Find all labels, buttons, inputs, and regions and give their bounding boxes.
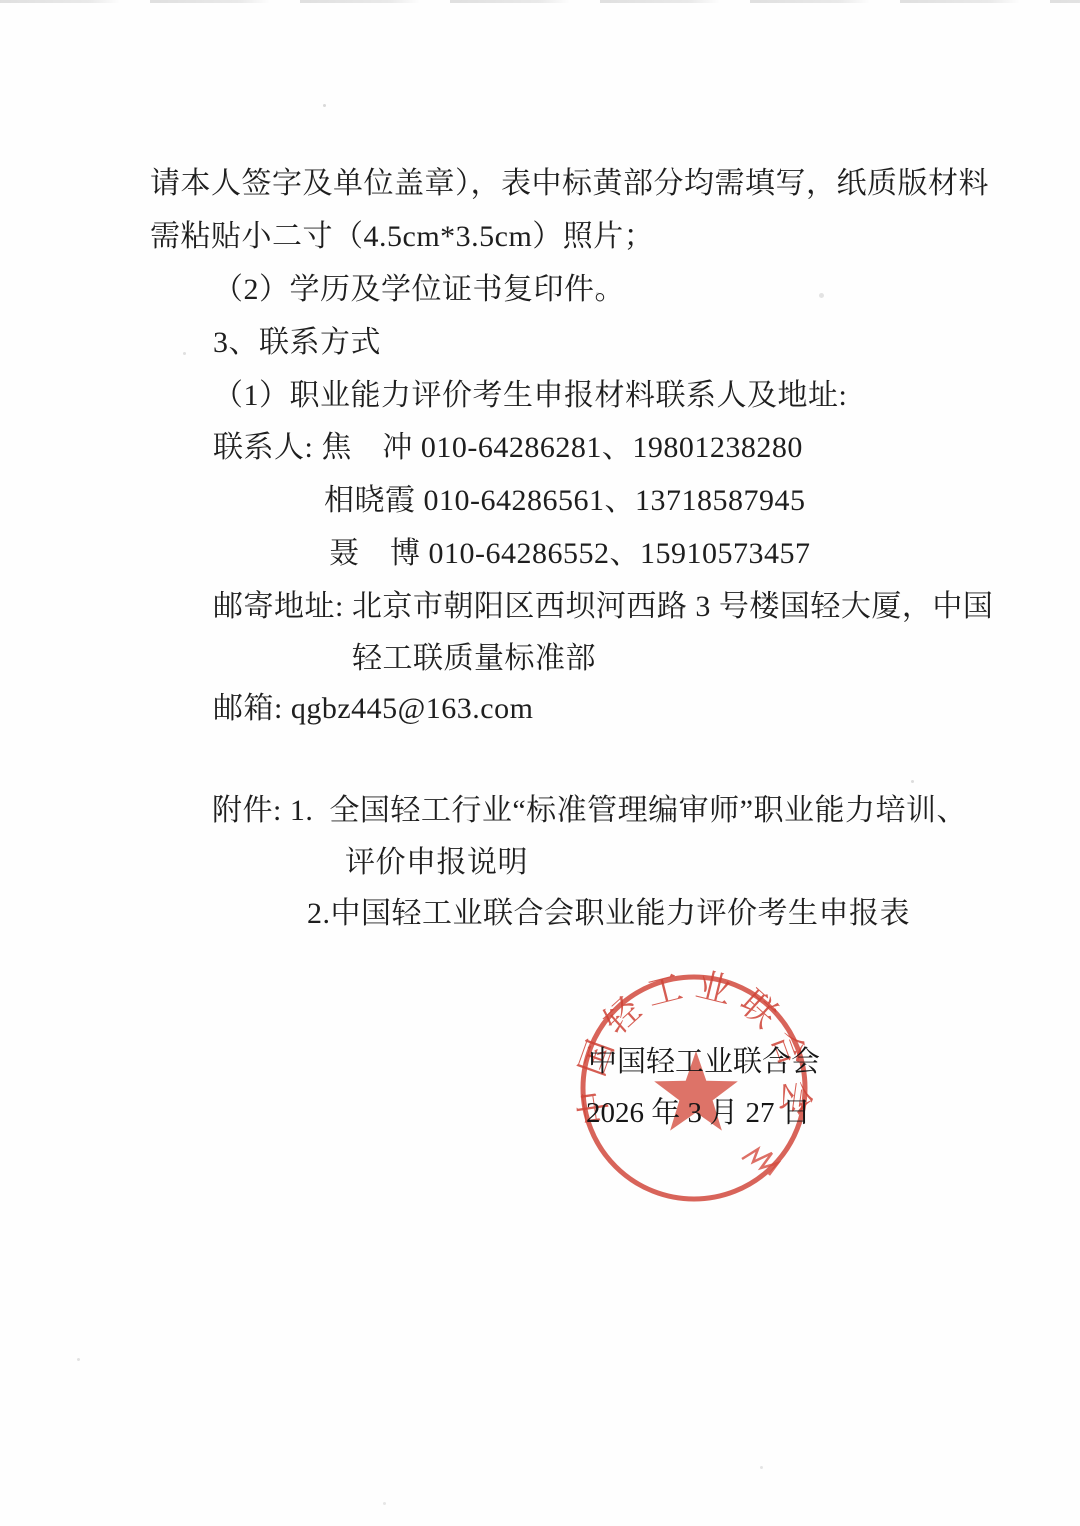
doc-line-attachment-2: 2.中国轻工业联合会职业能力评价考生申报表 <box>307 896 910 932</box>
scanned-document-page: 请本人签字及单位盖章），表中标黄部分均需填写，纸质版材料 需粘贴小二寸（4.5c… <box>0 0 1080 1526</box>
issuer-org-name: 中国轻工业联合会 <box>588 1044 820 1080</box>
scanner-edge-artifact <box>0 0 1080 3</box>
doc-line-attachment-1: 附件: 1. 全国轻工行业“标准管理编审师”职业能力培训、 <box>212 793 967 829</box>
doc-line-contact-intro: （1）职业能力评价考生申报材料联系人及地址: <box>213 378 847 414</box>
scan-noise-specks <box>323 104 326 107</box>
doc-line-contact-heading: 3、联系方式 <box>213 325 381 361</box>
doc-line-contact-2: 相晓霞 010-64286561、13718587945 <box>324 483 806 519</box>
doc-line-mail-address-2: 轻工联质量标准部 <box>352 641 596 677</box>
doc-line-attachment-1b: 评价申报说明 <box>345 845 528 881</box>
doc-line-signature-note: 请本人签字及单位盖章），表中标黄部分均需填写，纸质版材料 <box>150 166 989 202</box>
doc-line-contact-1: 联系人: 焦 冲 010-64286281、19801238280 <box>213 430 803 466</box>
doc-line-mail-address-1: 邮寄地址: 北京市朝阳区西坝河西路 3 号楼国轻大厦，中国 <box>213 589 993 625</box>
doc-line-photo-size: 需粘贴小二寸（4.5cm*3.5cm）照片； <box>150 219 654 255</box>
issue-date: 2026 年 3 月 27 日 <box>586 1095 811 1131</box>
doc-line-email: 邮箱: qgbz445@163.com <box>213 691 533 727</box>
seal-anticounterfeit-mark <box>742 1149 778 1175</box>
doc-line-contact-3: 聂 博 010-64286552、15910573457 <box>329 536 811 572</box>
doc-line-diploma-copy: （2）学历及学位证书复印件。 <box>213 272 625 308</box>
